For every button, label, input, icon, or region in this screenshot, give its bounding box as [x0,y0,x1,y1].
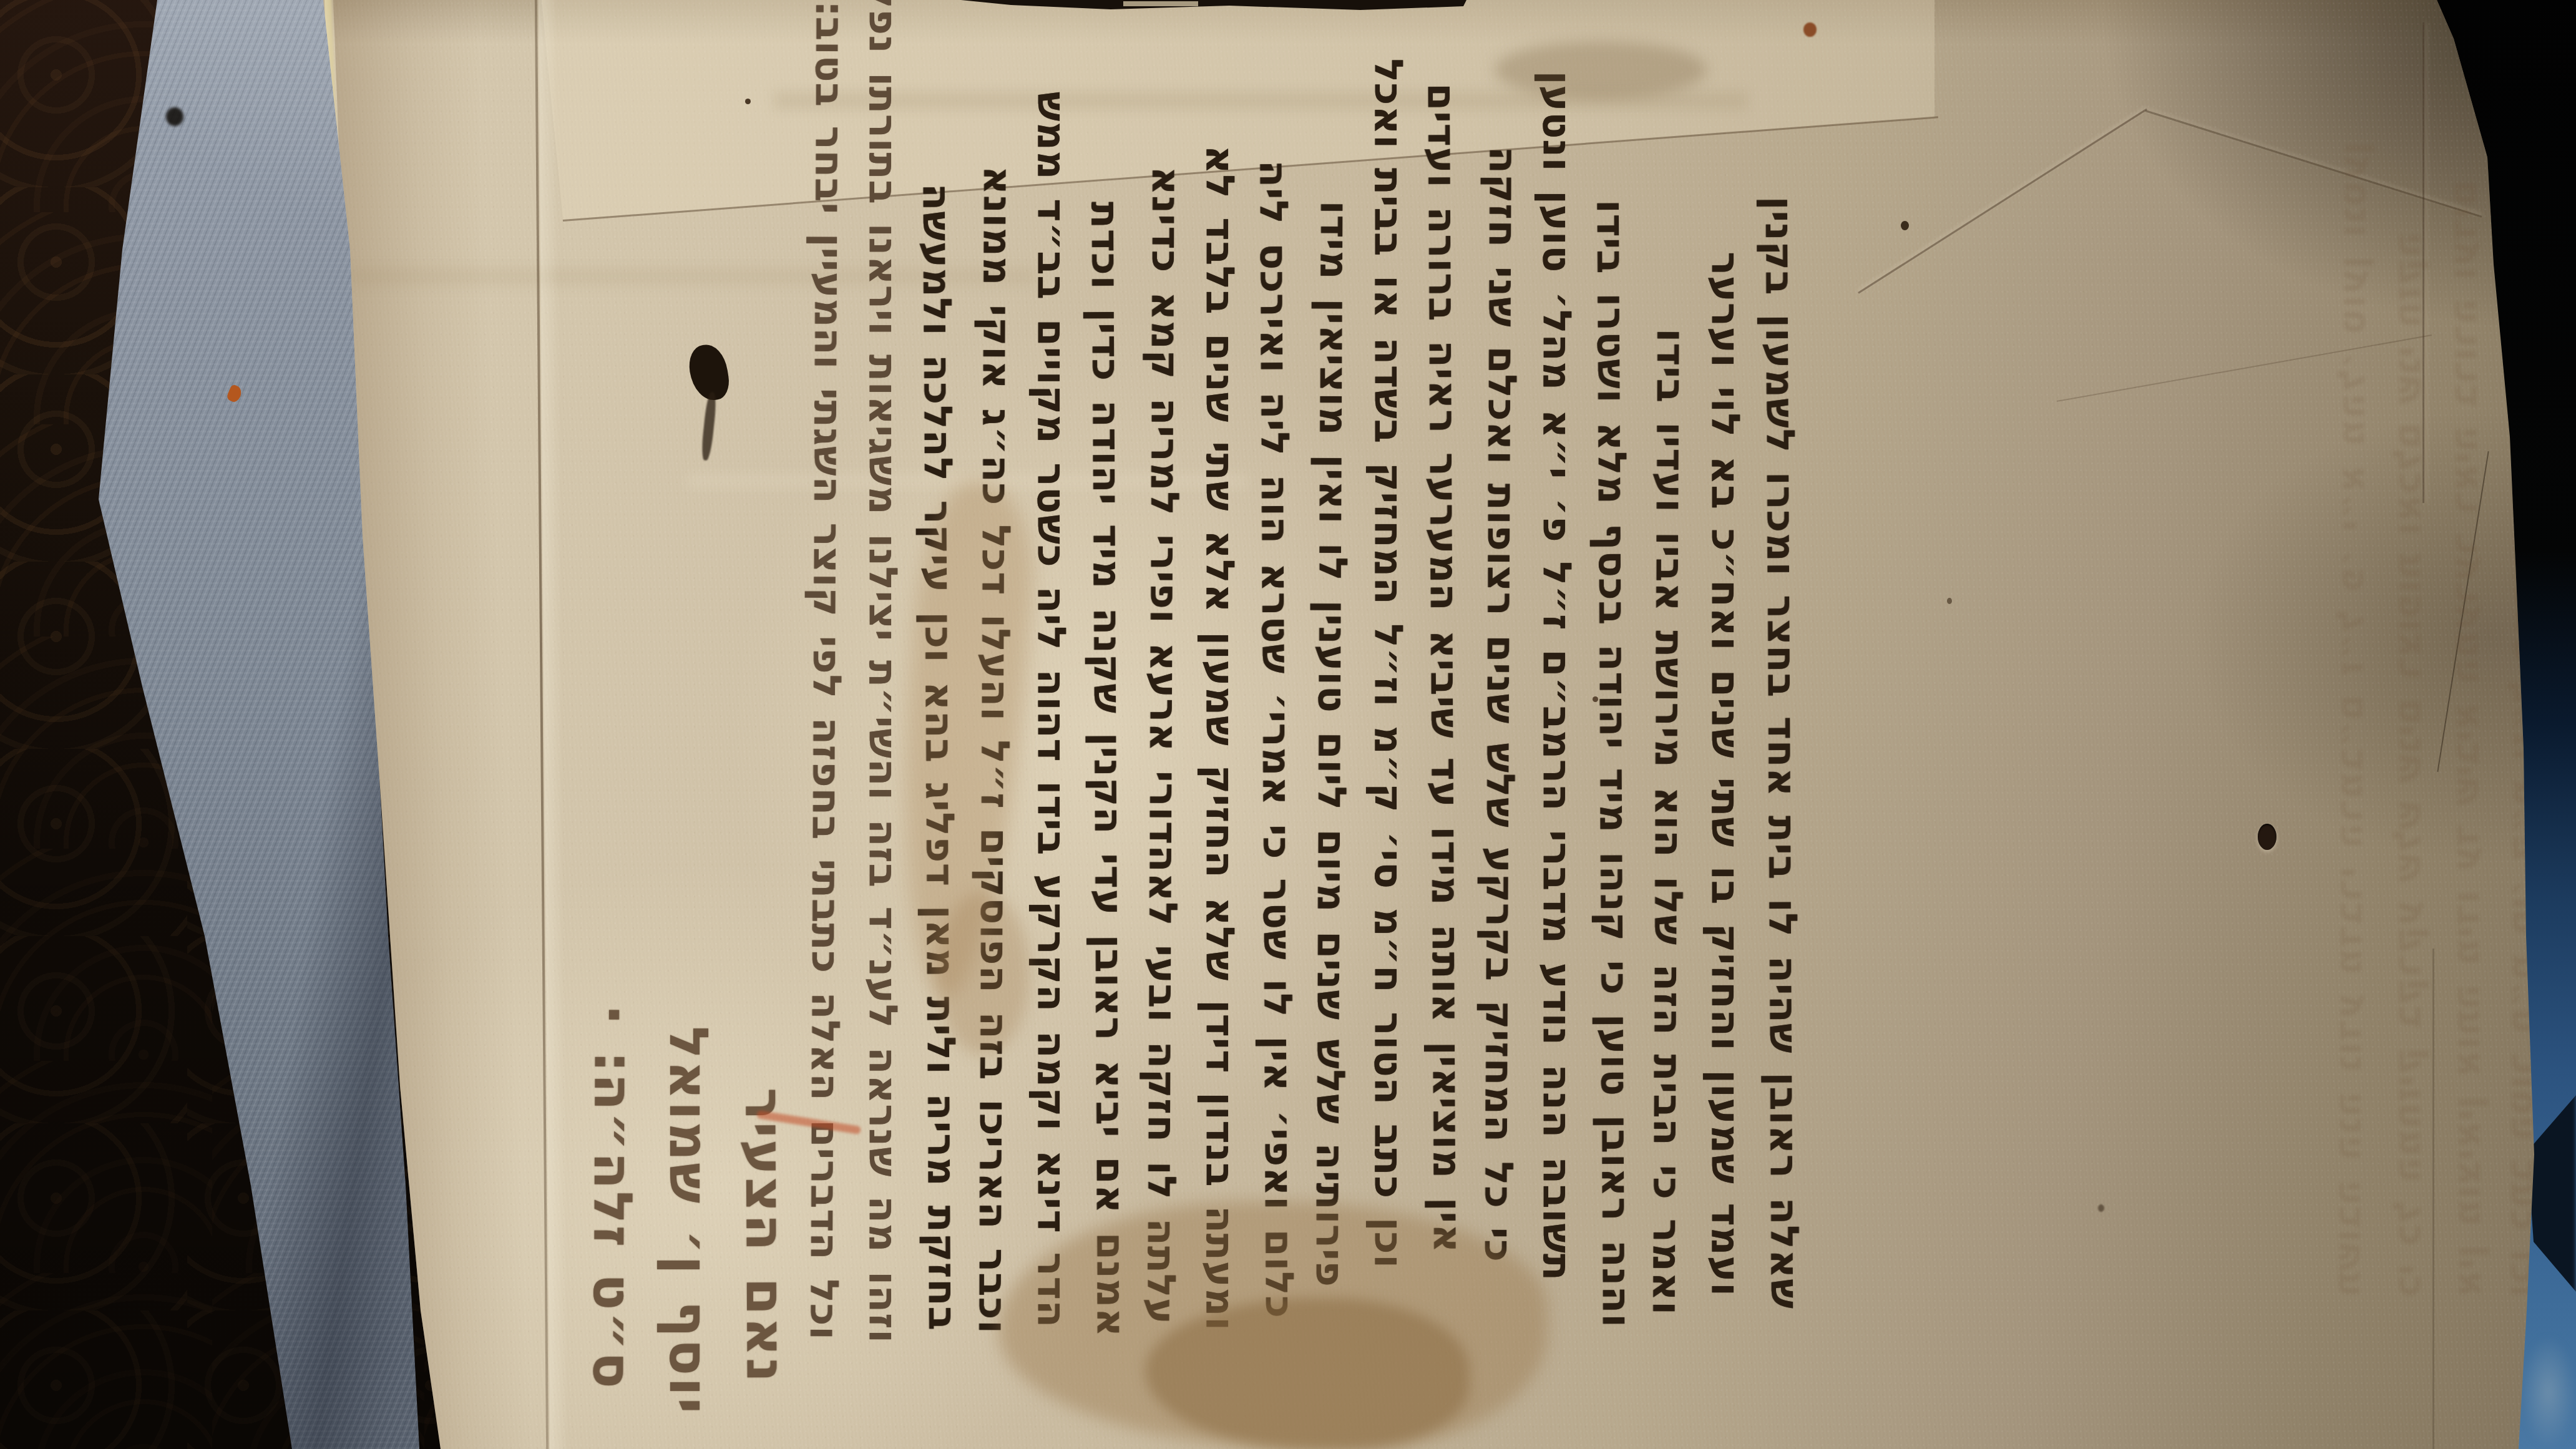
wormhole [2258,824,2276,850]
manuscript-text-line-faded: וכל הדברים האלה כתבתי בחפזה לפי קוצר השג… [796,36,857,1347]
paper-sliver-in-gap [1123,1,1198,6]
speck [2098,1204,2104,1212]
manuscript-text-line: כלום ואפי׳ אין לו שטר כי אמרי׳ שטרא הוה … [1245,36,1308,1347]
manuscript-text-line-faded: וזהו מה שנראה לענ״ד בזה והשי״ת יצילנו מש… [855,36,911,1347]
manuscript-text-line: והנה ראובן טוען כי קנהו מיד יהודה בכסף מ… [1582,36,1645,1347]
closing-signature-line: נאם הצעיר [721,36,802,1385]
manuscript-photo-scene: תשובה הנה נודע מדברי הרמב״ם ז״ל פ׳ י״א מ… [0,0,2576,1449]
manuscript-text-line: הדר דינא וקמה הקרקע בידו דהוה ליה כשטר מ… [1023,36,1080,1347]
ghost-text-line: תשובה הנה נודע מדברי הרמב״ם ז״ל פ׳ י״א מ… [2318,75,2382,1298]
ghost-text-line: כי כל המחזיק בקרקע שלש שנים רצופות ואכלם… [2379,75,2436,1298]
closing-signature-line: יוסף ן׳ שמואל [651,36,725,1415]
manuscript-text-line: כי כל המחזיק בקרקע שלש שנים רצופות ואכלם… [1470,36,1531,1347]
speck [1947,598,1952,604]
manuscript-text-line: ומעתה בנדון דידן שלא החזיק שמעון אלא שתי… [1192,36,1248,1347]
ghost-text-line: אין מוציאין אותה מידו עד שיביא המערער רא… [2434,75,2497,1298]
manuscript-text-line: עלתה לו חזקה ובעי לאהדורי ארעא ופירי למר… [1133,36,1194,1347]
speck [1593,696,1598,702]
manuscript-text-line: ועמד שמעון והחזיק בו שתי שנים ואח״כ בא ל… [1697,36,1754,1347]
brown-streak-stain-lower [936,892,1030,1055]
manuscript-text-line: וכן כתב הטור ח״מ סי׳ ק״מ וז״ל המחזיק בשד… [1360,36,1417,1347]
closing-signature-line: ס״ט זלה״ה׃ · [575,36,654,1390]
blue-glow-bottom-right [2521,1335,2576,1449]
manuscript-text-line: פירותיה שלש שנים מיום ליום טוענין לו ואי… [1301,36,1363,1347]
manuscript-text-line: שאלה ראובן שהיה לו בית אחד בחצר ומכרו לש… [1750,36,1813,1347]
manuscript-text-line: אין מוציאין אותה מידו עד שיביא המערער רא… [1413,36,1476,1347]
rust-spot [1803,22,1817,37]
smudge-stain-top [1495,41,1707,99]
speck [745,99,751,104]
manuscript-text-line: אמנם אם יביא ראובן עדי הקנין שקנה מיד יה… [1076,36,1139,1347]
handwritten-text-block: שאלה ראובן שהיה לו בית אחד בחצר ומכרו לש… [555,36,1810,1347]
speck [1901,221,1909,230]
manuscript-text-line: ואמר כי הבית הזה שלו הוא מירושת אביו ועד… [1638,36,1700,1347]
dark-spot-on-fabric [166,107,183,126]
manuscript-text-line: תשובה הנה נודע מדברי הרמב״ם ז״ל פ׳ י״א מ… [1529,36,1585,1347]
